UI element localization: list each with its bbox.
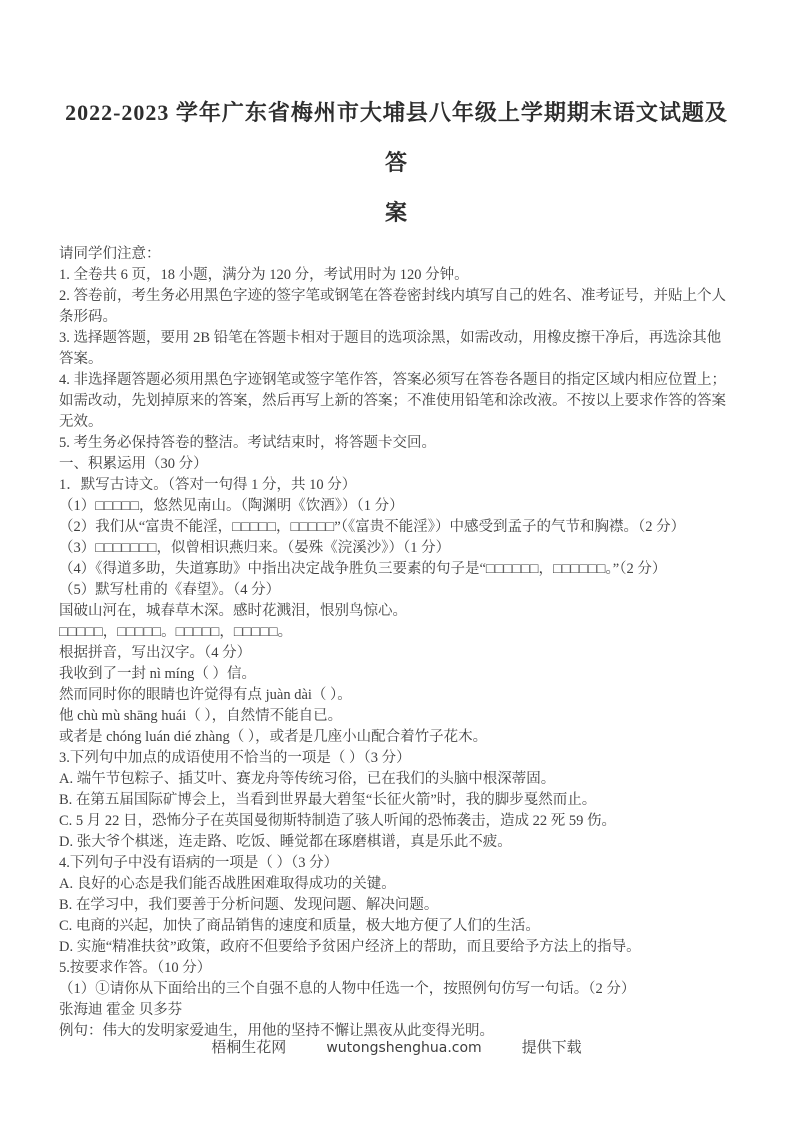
notice-item-1: 1. 全卷共 6 页，18 小题，满分为 120 分，考试用时为 120 分钟。 [59,265,734,286]
notice-item-5: 5. 考生务必保持答卷的整洁。考试结束时，将答题卡交回。 [59,433,734,454]
page-title: 2022-2023 学年广东省梅州市大埔县八年级上学期期末语文试题及答 案 [59,0,734,238]
question-4-stem: 4.下列句子中没有语病的一项是（ ）（3 分） [59,853,734,874]
footer-site-name: 梧桐生花网 [211,1036,286,1057]
poem-line-1: 国破山河在，城春草木深。感时花溅泪，恨别鸟惊心。 [59,601,734,622]
question-4-option-c: C. 电商的兴起，加快了商品销售的速度和质量，极大地方便了人们的生活。 [59,916,734,937]
question-3-option-d: D. 张大爷个棋迷，连走路、吃饭、睡觉都在琢磨棋谱，真是乐此不疲。 [59,832,734,853]
question-5-name-options: 张海迪 霍金 贝多芬 [59,1000,734,1021]
question-2-sentence-2: 然而同时你的眼睛也许觉得有点 juàn dài（ ）。 [59,685,734,706]
question-1-stem: 1．默写古诗文。（答对一句得 1 分，共 10 分） [59,475,734,496]
question-4-option-a: A. 良好的心态是我们能否战胜困难取得成功的关键。 [59,874,734,895]
page-title-line-2: 案 [59,188,734,238]
question-1-part-3: （3）□□□□□□□，似曾相识燕归来。（晏殊《浣溪沙》）（1 分） [59,538,734,559]
question-3-stem: 3.下列句中加点的成语使用不恰当的一项是（ ）（3 分） [59,748,734,769]
question-2-sentence-4: 或者是 chóng luán dié zhàng（ ），或者是几座小山配合着竹子… [59,727,734,748]
notice-heading: 请同学们注意： [59,244,734,265]
notice-item-2: 2. 答卷前，考生务必用黑色字迹的签字笔或钢笔在答卷密封线内填写自己的姓名、准考… [59,286,734,328]
page-title-line-1: 2022-2023 学年广东省梅州市大埔县八年级上学期期末语文试题及答 [59,88,734,188]
question-4-option-d: D. 实施“精准扶贫”政策，政府不但要给予贫困户经济上的帮助，而且要给予方法上的… [59,937,734,958]
question-1-part-1: （1）□□□□□，悠然见南山。（陶渊明《饮酒》）（1 分） [59,496,734,517]
question-2-sentence-3: 他 chù mù shāng huái（ ），自然情不能自已。 [59,706,734,727]
question-4-option-b: B. 在学习中，我们要善于分析问题、发现问题、解决问题。 [59,895,734,916]
poem-line-2-blanks: □□□□□，□□□□□。□□□□□，□□□□□。 [59,622,734,643]
document-page: 2022-2023 学年广东省梅州市大埔县八年级上学期期末语文试题及答 案 请同… [0,0,793,1122]
question-3-option-a: A. 端午节包粽子、插艾叶、赛龙舟等传统习俗，已在我们的头脑中根深蒂固。 [59,769,734,790]
section-heading: 一、积累运用（30 分） [59,454,734,475]
question-3-option-c: C. 5 月 22 日，恐怖分子在英国曼彻斯特制造了骇人听闻的恐怖袭击，造成 2… [59,811,734,832]
question-2-stem: 根据拼音，写出汉字。（4 分） [59,643,734,664]
document-body: 请同学们注意： 1. 全卷共 6 页，18 小题，满分为 120 分，考试用时为… [59,244,734,1042]
page-footer: 梧桐生花网 wutongshenghua.com 提供下载 [0,1036,793,1057]
footer-download-note: 提供下载 [522,1036,582,1057]
footer-site-url: wutongshenghua.com [326,1040,481,1056]
notice-item-3: 3. 选择题答题，要用 2B 铅笔在答题卡相对于题目的选项涂黑，如需改动，用橡皮… [59,328,734,370]
question-3-option-b: B. 在第五届国际矿博会上，当看到世界最大碧玺“长征火箭”时，我的脚步戛然而止。 [59,790,734,811]
question-5-part-1: （1）①请你从下面给出的三个自强不息的人物中任选一个，按照例句仿写一句话。（2 … [59,979,734,1000]
question-1-part-4: （4）《得道多助，失道寡助》中指出决定战争胜负三要素的句子是“□□□□□□，□□… [59,559,734,580]
question-1-part-2: （2）我们从“富贵不能淫，□□□□□，□□□□□”（《富贵不能淫》）中感受到孟子… [59,517,734,538]
notice-item-4: 4. 非选择题答题必须用黑色字迹钢笔或签字笔作答，答案必须写在答卷各题目的指定区… [59,370,734,433]
question-2-sentence-1: 我收到了一封 nì míng（ ）信。 [59,664,734,685]
question-1-part-5: （5）默写杜甫的《春望》。（4 分） [59,580,734,601]
question-5-stem: 5.按要求作答。（10 分） [59,958,734,979]
